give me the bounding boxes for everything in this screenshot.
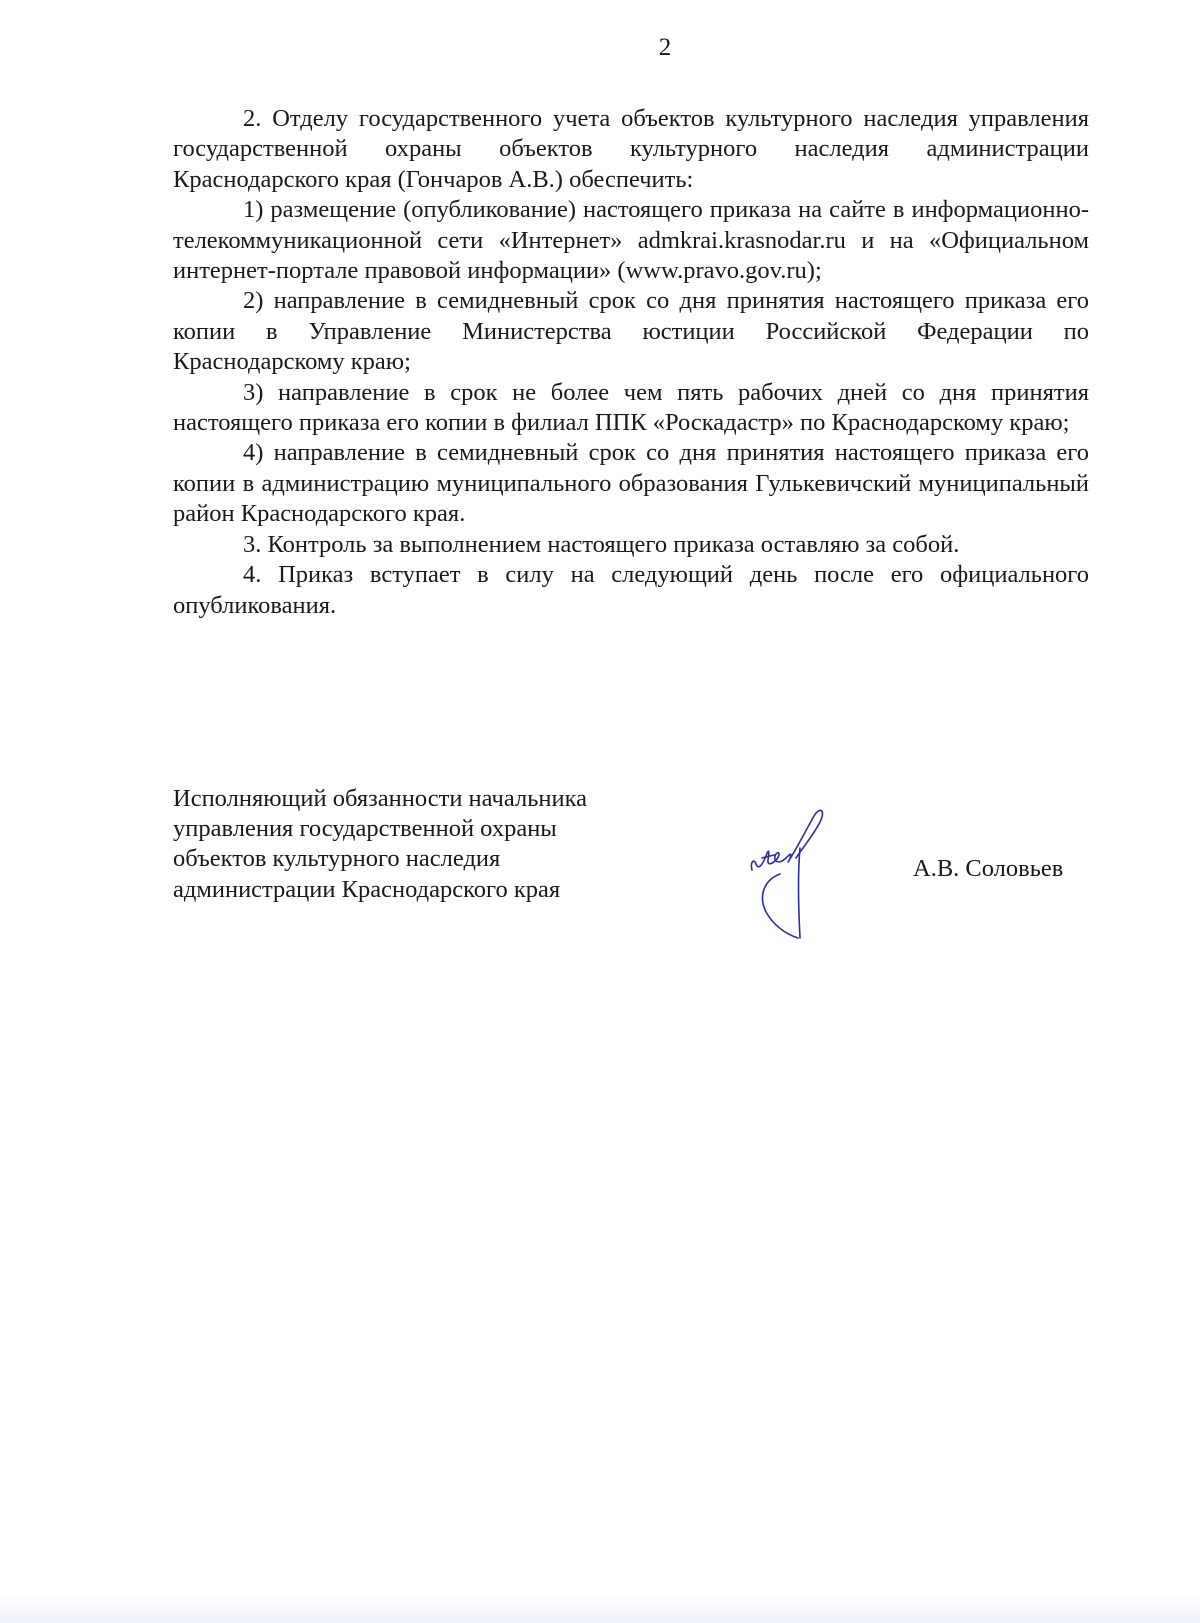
handwritten-signature-icon [740, 800, 840, 940]
scan-edge-shading [0, 1593, 1200, 1623]
subparagraph-4: 4) направление в семидневный срок со дня… [173, 438, 1089, 529]
document-body: 2. Отделу государственного учета объекто… [173, 104, 1089, 621]
paragraph-item-3: 3. Контроль за выполнением настоящего пр… [173, 530, 1089, 560]
subparagraph-3: 3) направление в срок не более чем пять … [173, 378, 1089, 439]
signer-position-line: Исполняющий обязанности начальника [173, 784, 587, 814]
paragraph-item-2: 2. Отделу государственного учета объекто… [173, 104, 1089, 195]
paragraph-item-4: 4. Приказ вступает в силу на следующий д… [173, 560, 1089, 621]
page-number: 2 [0, 34, 1200, 62]
signer-position: Исполняющий обязанности начальника управ… [173, 784, 587, 905]
signer-name: А.В. Соловьев [913, 855, 1063, 883]
signer-position-line: управления государственной охраны [173, 814, 587, 844]
subparagraph-2: 2) направление в семидневный срок со дня… [173, 286, 1089, 377]
subparagraph-1: 1) размещение (опубликование) настоящего… [173, 195, 1089, 286]
signer-position-line: объектов культурного наследия [173, 844, 587, 874]
signer-position-line: администрации Краснодарского края [173, 875, 587, 905]
